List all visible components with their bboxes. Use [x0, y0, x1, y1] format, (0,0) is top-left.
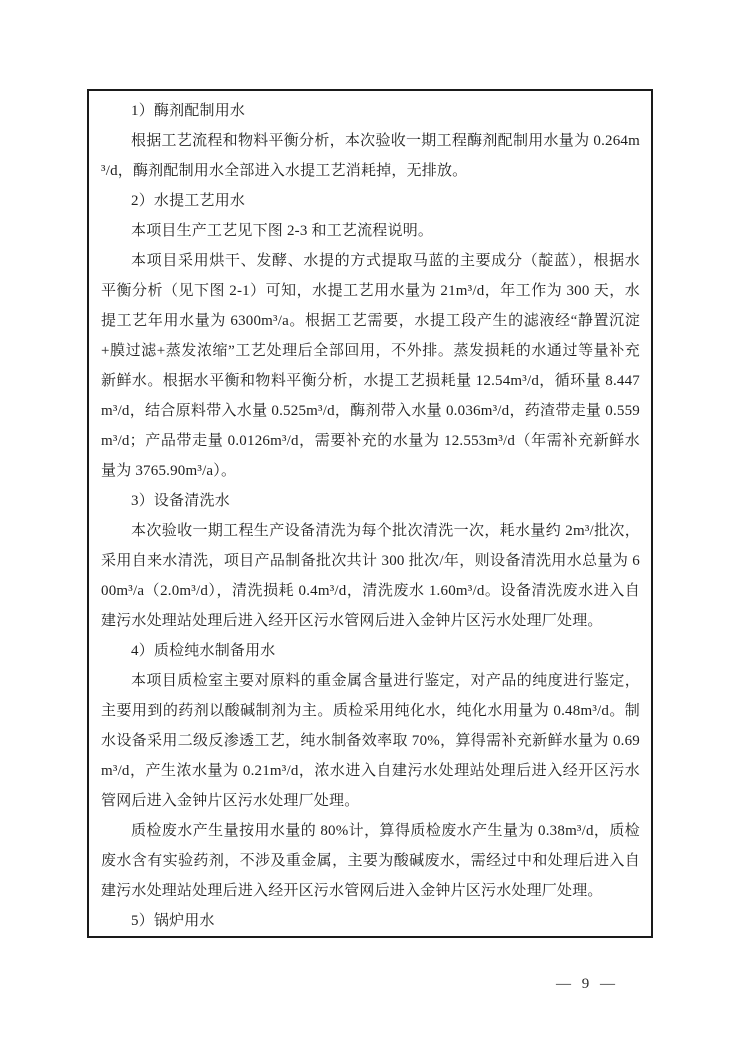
page-number: — 9 — [556, 974, 615, 994]
paragraph: 本项目质检室主要对原料的重金属含量进行鉴定，对产品的纯度进行鉴定，主要用到的药剂… [101, 666, 640, 816]
section-heading-1: 1）酶剂配制用水 [101, 96, 640, 126]
bordered-text-cell: 1）酶剂配制用水 根据工艺流程和物料平衡分析，本次验收一期工程酶剂配制用水量为 … [87, 89, 653, 938]
paragraph: 本项目蒸汽锅炉采用纯化水，本次验收一期工程锅炉额定出力 4t/h，一天工作 [101, 936, 640, 938]
paragraph: 本次验收一期工程生产设备清洗为每个批次清洗一次，耗水量约 2m³/批次，采用自来… [101, 516, 640, 636]
section-heading-5: 5）锅炉用水 [101, 906, 640, 936]
document-page: 1）酶剂配制用水 根据工艺流程和物料平衡分析，本次验收一期工程酶剂配制用水量为 … [0, 0, 740, 1046]
section-heading-2: 2）水提工艺用水 [101, 186, 640, 216]
paragraph: 本项目生产工艺见下图 2-3 和工艺流程说明。 [101, 216, 640, 246]
paragraph: 本项目采用烘干、发酵、水提的方式提取马蓝的主要成分（靛蓝），根据水平衡分析（见下… [101, 246, 640, 486]
paragraph: 根据工艺流程和物料平衡分析，本次验收一期工程酶剂配制用水量为 0.264m³/d… [101, 126, 640, 186]
paragraph: 质检废水产生量按用水量的 80%计，算得质检废水产生量为 0.38m³/d，质检… [101, 816, 640, 906]
section-heading-3: 3）设备清洗水 [101, 486, 640, 516]
section-heading-4: 4）质检纯水制备用水 [101, 636, 640, 666]
